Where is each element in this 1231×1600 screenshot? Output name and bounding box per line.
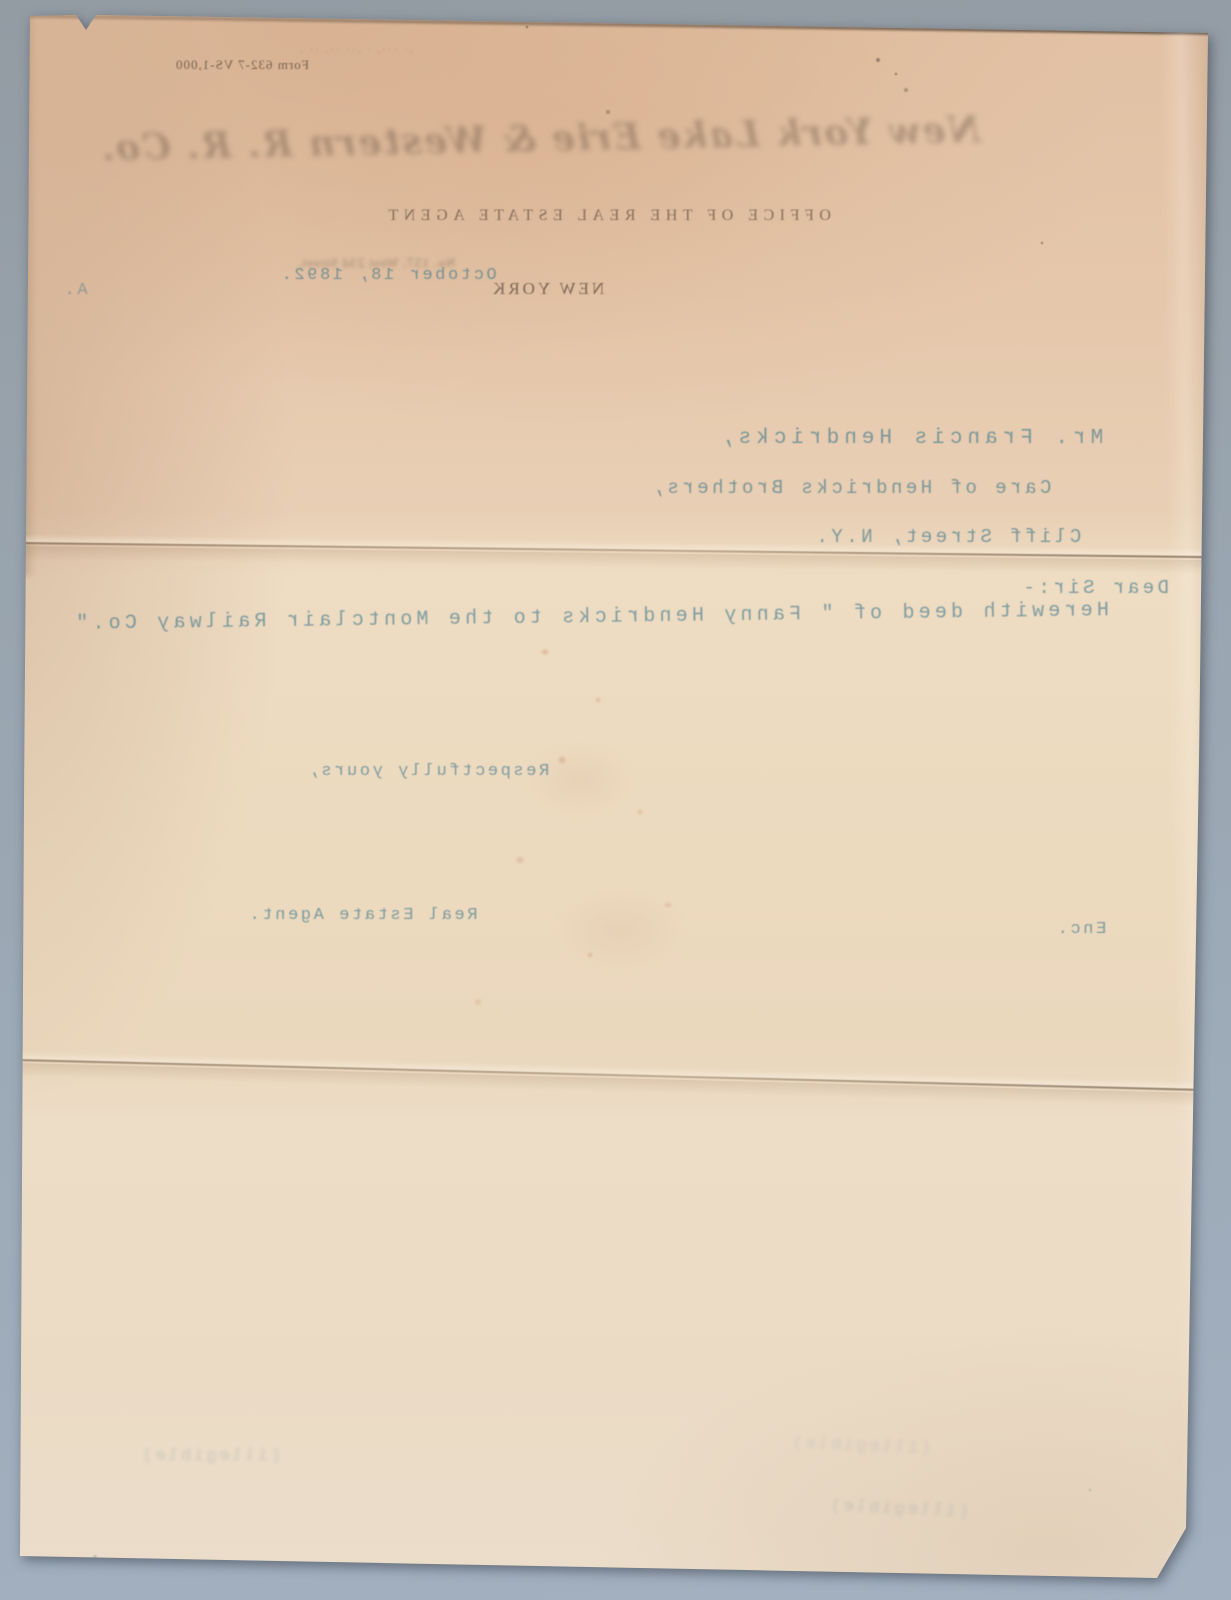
photo-background: . ·· .·· ··. · .··· ·. Form 632-7 VS-1,0… (0, 0, 1231, 1600)
date-text: October 18, 1892. (279, 266, 497, 285)
margin-mark-text: A. (62, 281, 88, 300)
city-name-text: NEW YORK (490, 279, 604, 299)
letter-paper: . ·· .·· ··. · .··· ·. Form 632-7 VS-1,0… (0, 0, 1231, 1600)
recipient-name-text: Mr. Francis Hendricks, (716, 427, 1103, 450)
salutation-text: Dear Sir:- (1020, 577, 1169, 599)
faint-mark-1: (illegible) (140, 1447, 281, 1466)
fold-crease-upper (18, 544, 1212, 560)
closing-text: Respectfully yours, (306, 762, 549, 781)
enclosure-text: Enc. (1055, 920, 1106, 939)
stain-layer (0, 0, 1231, 1600)
paper-shadow: . ·· .·· ··. · .··· ·. Form 632-7 VS-1,0… (0, 0, 1231, 1600)
form-number-text: Form 632-7 VS-1,000 (175, 57, 309, 73)
office-line-text: OFFICE OF THE REAL ESTATE AGENT (383, 207, 831, 225)
recipient-care-of-text: Care of Hendricks Brothers, (649, 477, 1051, 499)
top-smudge-dots: . ·· .·· ··. · .··· ·. (300, 44, 415, 56)
signature-title-text: Real Estate Agent. (247, 906, 477, 925)
